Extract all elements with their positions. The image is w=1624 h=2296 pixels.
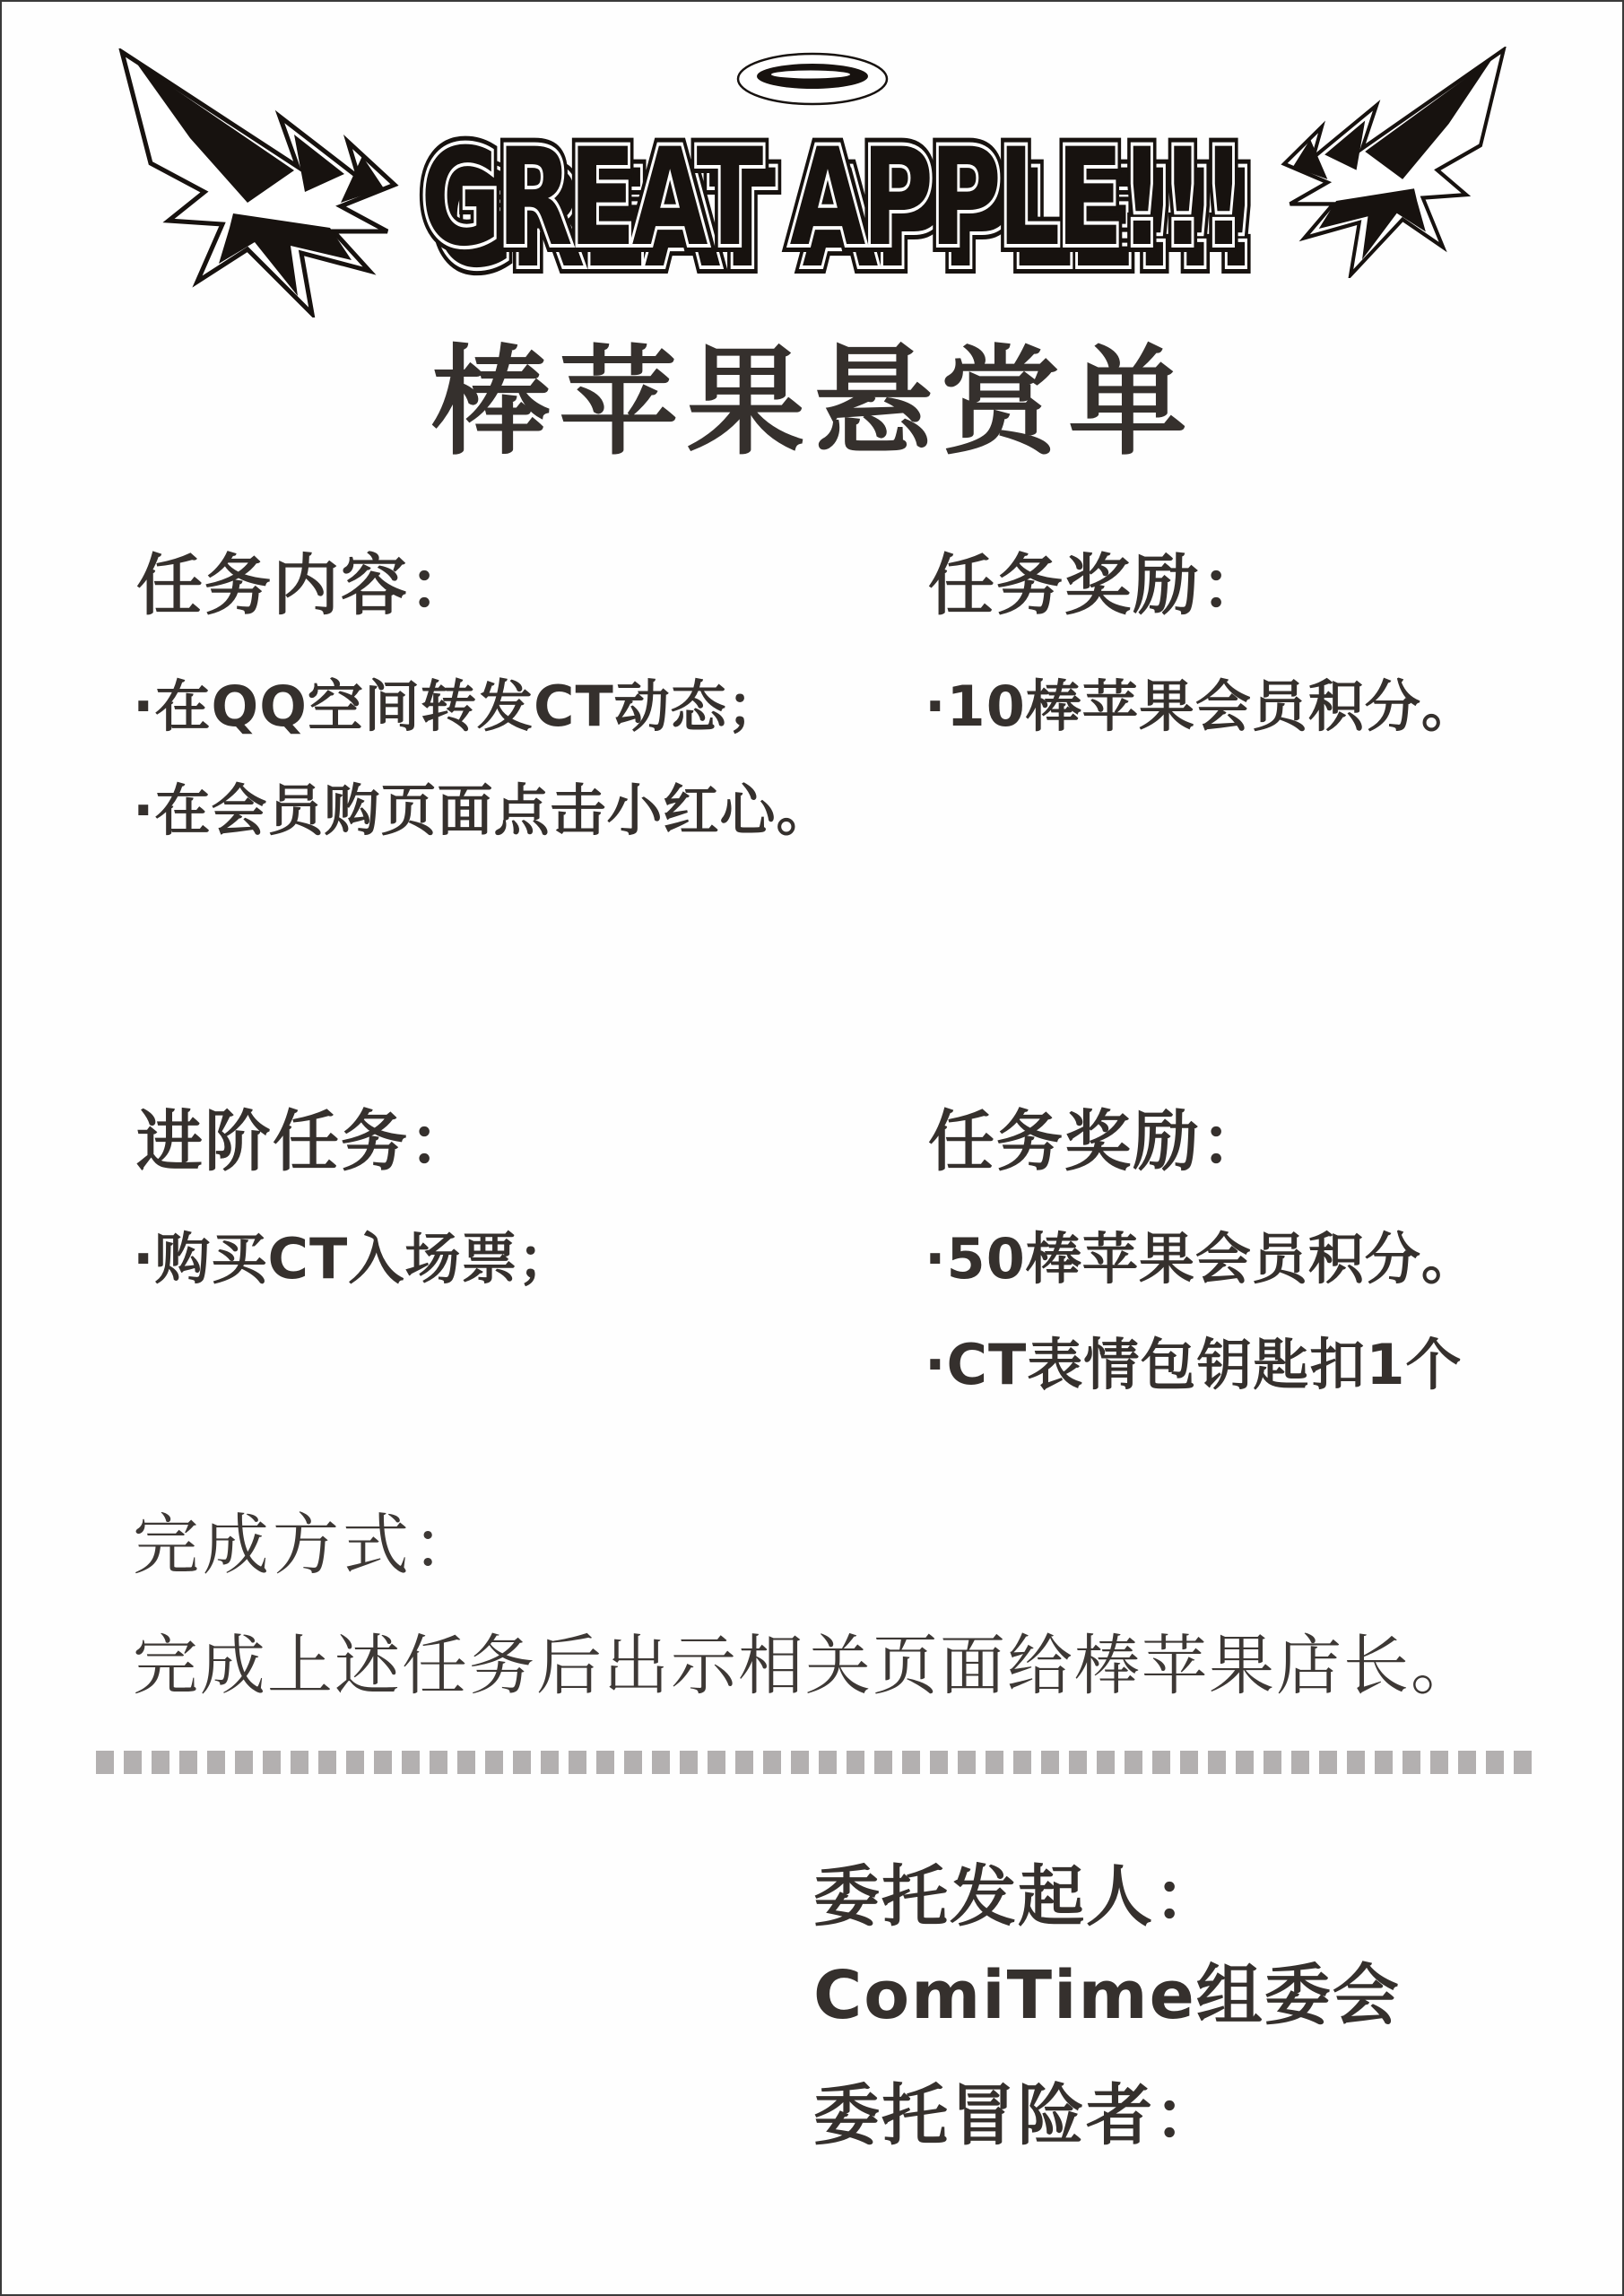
tasks-heading: 任务内容： (136, 533, 477, 628)
reward-item: ·10棒苹果会员积分。 (925, 662, 1478, 742)
logo: GREAT APPLE!!! GREAT APPLE!!! GREAT APPL… (2, 2, 1624, 325)
task-item: ·在QQ空间转发CT动态； (133, 662, 784, 742)
completion-body: 完成上述任务后出示相关页面给棒苹果店长。 (133, 1613, 1478, 1707)
initiator-label: 委托发起人： (813, 1844, 1222, 1939)
reward-item: ·CT表情包钥匙扣1个 (925, 1320, 1463, 1400)
lightning-bolt-right-icon (1211, 47, 1507, 278)
reward-item: ·50棒苹果会员积分。 (925, 1214, 1478, 1294)
dashed-divider (96, 1751, 1533, 1774)
advanced-tasks-heading: 进阶任务： (136, 1089, 477, 1184)
logo-wordmark: GREAT APPLE!!! GREAT APPLE!!! GREAT APPL… (401, 90, 1262, 309)
task-item: ·购买CT入场票； (133, 1214, 574, 1294)
rewards-heading: 任务奖励： (928, 533, 1269, 628)
completion-heading: 完成方式： (133, 1492, 482, 1587)
adventurer-label: 委托冒险者： (813, 2063, 1222, 2158)
task-item: ·在会员购页面点击小红心。 (133, 766, 833, 846)
logo-text: GREAT APPLE!!! (421, 120, 1242, 276)
initiator-value: ComiTime组委会 (813, 1943, 1401, 2038)
poster-title: 棒苹果悬赏单 (2, 307, 1624, 477)
bounty-poster: GREAT APPLE!!! GREAT APPLE!!! GREAT APPL… (0, 0, 1624, 2296)
rewards-heading: 任务奖励： (928, 1089, 1269, 1184)
